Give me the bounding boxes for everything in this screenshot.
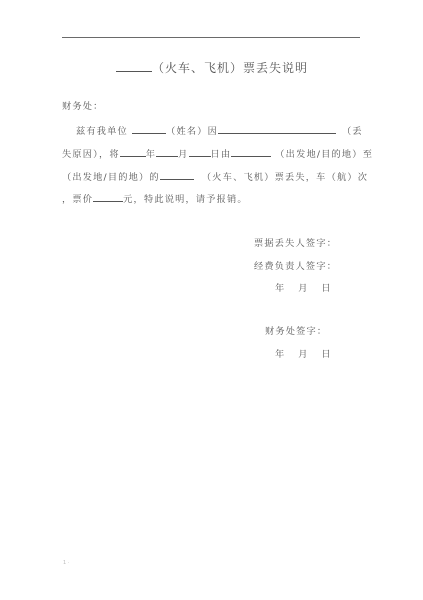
- text: 日由: [211, 149, 232, 160]
- text: （丢: [342, 126, 363, 137]
- title-text: （火车、飞机）票丢失说明: [152, 61, 308, 75]
- month-label: 月: [298, 346, 307, 360]
- ticket-loser-signature-label: 票据丢失人签字：: [254, 235, 337, 249]
- reason-blank: [218, 123, 336, 134]
- body-line-2: 失原因），将年月日由（出发地/目的地）至: [62, 146, 373, 160]
- text: 月: [178, 149, 188, 160]
- addressee: 财务处：: [62, 98, 104, 112]
- month-blank: [156, 146, 178, 157]
- title-blank: [116, 61, 152, 72]
- name-blank: [132, 123, 166, 134]
- date-line-2: 年月日: [275, 346, 345, 360]
- text: 兹有我单位: [76, 126, 132, 137]
- body-line-1: 兹有我单位 （姓名）因（丢: [76, 123, 363, 137]
- text: （火车、飞机）票丢失，车（航）次: [198, 172, 368, 183]
- year-blank: [120, 146, 146, 157]
- vehicle-blank: [160, 169, 194, 180]
- body-line-4: ，票价元，特此说明，请予报销。: [62, 191, 248, 205]
- year-label: 年: [275, 280, 284, 294]
- text: （出发地/目的地）至: [275, 149, 373, 160]
- month-label: 月: [298, 280, 307, 294]
- page-footer-mark: 1 ·: [63, 560, 69, 566]
- text: （出发地/目的地）的: [62, 172, 160, 183]
- body-line-3: （出发地/目的地）的 （火车、飞机）票丢失，车（航）次: [62, 169, 368, 183]
- top-rule: [62, 37, 360, 38]
- finance-office-signature-label: 财务处签字：: [265, 323, 327, 337]
- day-label: 日: [321, 280, 330, 294]
- page-title: （火车、飞机）票丢失说明: [116, 59, 308, 76]
- text: ，票价: [62, 194, 93, 205]
- text: 年: [146, 149, 156, 160]
- text: 元，特此说明，请予报销。: [123, 194, 248, 205]
- day-blank: [189, 146, 211, 157]
- date-line-1: 年月日: [275, 280, 345, 294]
- year-label: 年: [275, 346, 284, 360]
- text: 失原因），将: [62, 149, 120, 160]
- price-blank: [93, 191, 123, 202]
- budget-owner-signature-label: 经费负责人签字：: [254, 258, 337, 272]
- day-label: 日: [321, 346, 330, 360]
- text: （姓名）因: [166, 126, 218, 137]
- route-blank: [231, 146, 271, 157]
